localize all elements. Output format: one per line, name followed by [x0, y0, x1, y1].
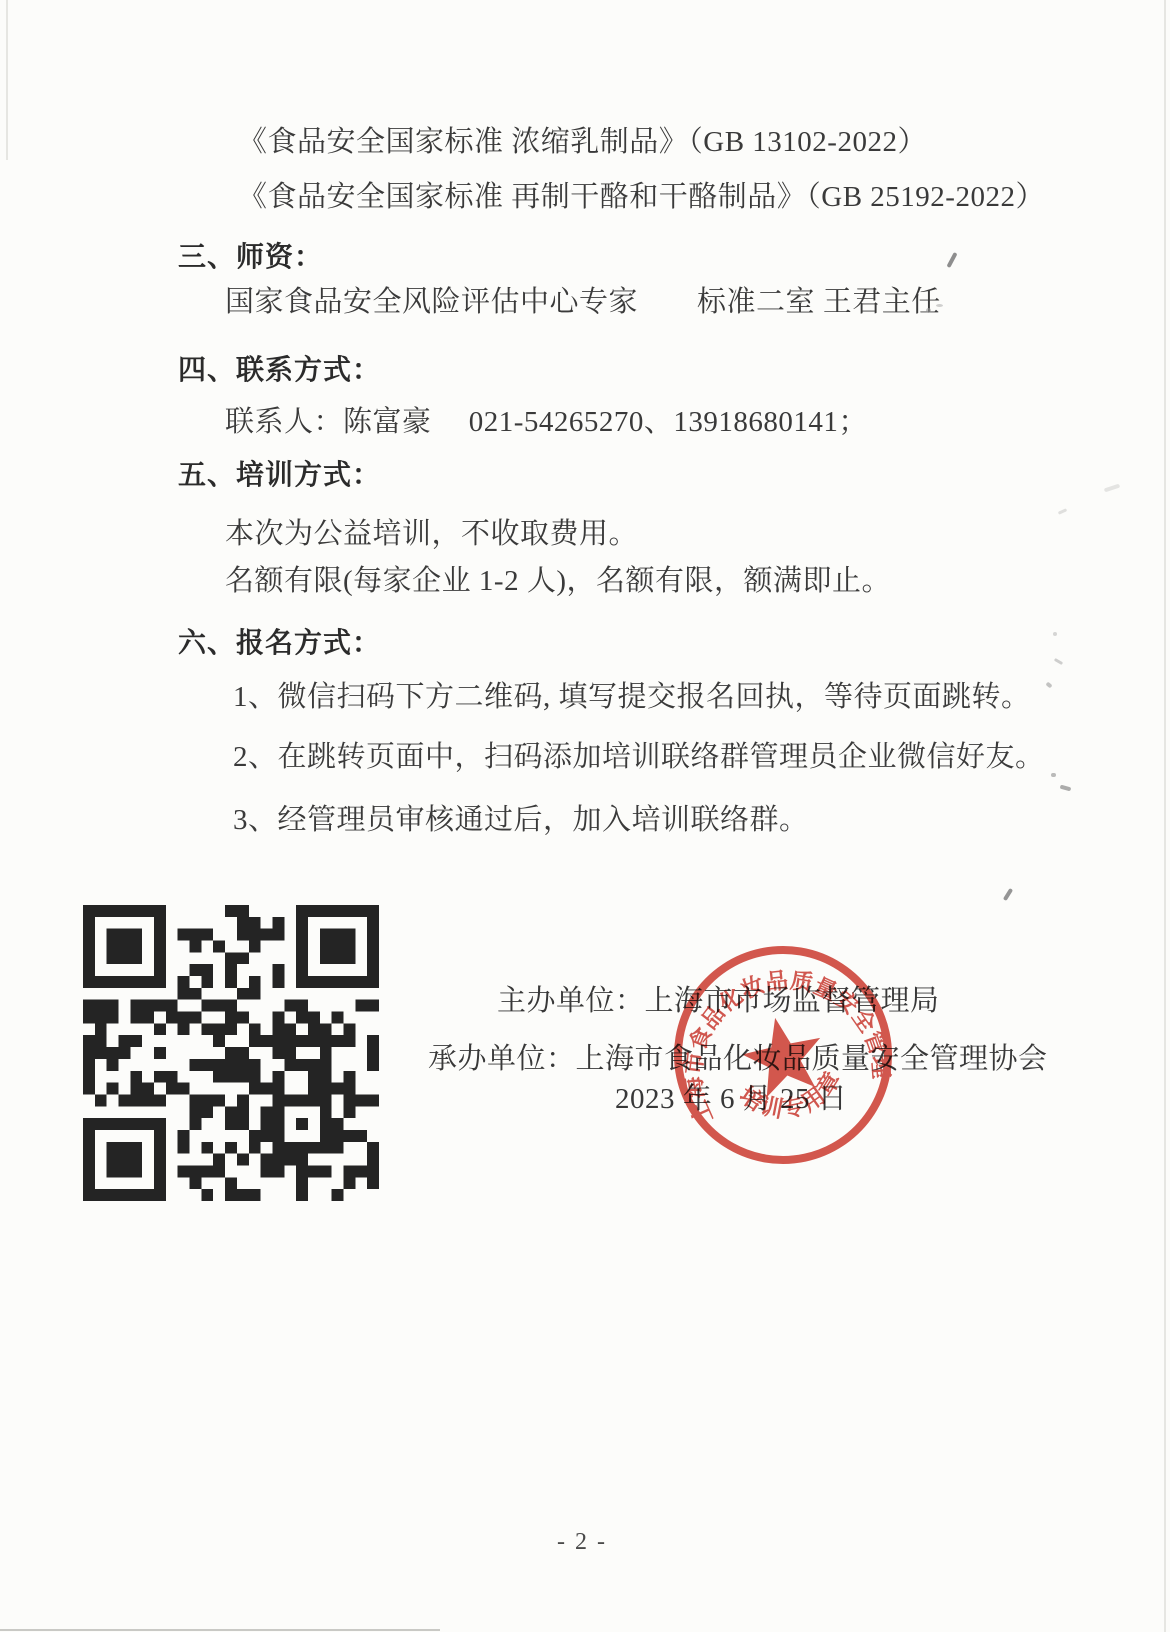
section4-body: 联系人：陈富豪 021-54265270、13918680141；: [225, 406, 868, 439]
section5-heading: 五、培训方式：: [178, 459, 381, 491]
section4-heading: 四、联系方式：: [178, 354, 381, 386]
standard-reference-1: 《食品安全国家标准 浓缩乳制品》（GB 13102-2022）: [238, 126, 927, 159]
section3-body: 国家食品安全风险评估中心专家 标准二室 王君主任: [225, 286, 941, 319]
scan-artifact: [946, 252, 957, 268]
section6-heading: 六、报名方式：: [178, 627, 381, 659]
scan-artifact: [1058, 508, 1067, 515]
scan-artifact: [1054, 658, 1063, 665]
section5-body-1: 本次为公益培训，不收取费用。: [225, 518, 638, 551]
scan-artifact: [1104, 484, 1120, 493]
page-number: - 2 -: [0, 1529, 1164, 1556]
scan-artifact: [1060, 785, 1072, 792]
scan-edge-right: [1164, 0, 1166, 1632]
scan-artifact: [1051, 773, 1056, 777]
document-page: 《食品安全国家标准 浓缩乳制品》（GB 13102-2022） 《食品安全国家标…: [0, 0, 1170, 1632]
official-seal-stamp: 上海市食品化妆品质量安全管理协会 培训专用章: [663, 935, 903, 1175]
section6-item-2: 2、在跳转页面中，扫码添加培训联络群管理员企业微信好友。: [233, 741, 1045, 774]
registration-qr-code: [83, 905, 379, 1201]
standard-reference-2: 《食品安全国家标准 再制干酪和干酪制品》（GB 25192-2022）: [238, 181, 1045, 214]
section5-body-2: 名额有限(每家企业 1-2 人)，名额有限，额满即止。: [225, 565, 891, 598]
scan-artifact: [1053, 632, 1057, 636]
scan-artifact: [936, 304, 943, 307]
scan-edge-left: [6, 0, 8, 160]
section6-item-1: 1、微信扫码下方二维码, 填写提交报名回执，等待页面跳转。: [233, 681, 1031, 714]
scan-artifact: [1003, 888, 1013, 901]
scan-artifact: [1045, 682, 1052, 689]
scan-artifact: [926, 308, 931, 313]
scan-edge-bottom: [0, 1629, 440, 1631]
section6-item-3: 3、经管理员审核通过后，加入培训联络群。: [233, 804, 809, 837]
section3-heading: 三、师资：: [178, 241, 323, 273]
